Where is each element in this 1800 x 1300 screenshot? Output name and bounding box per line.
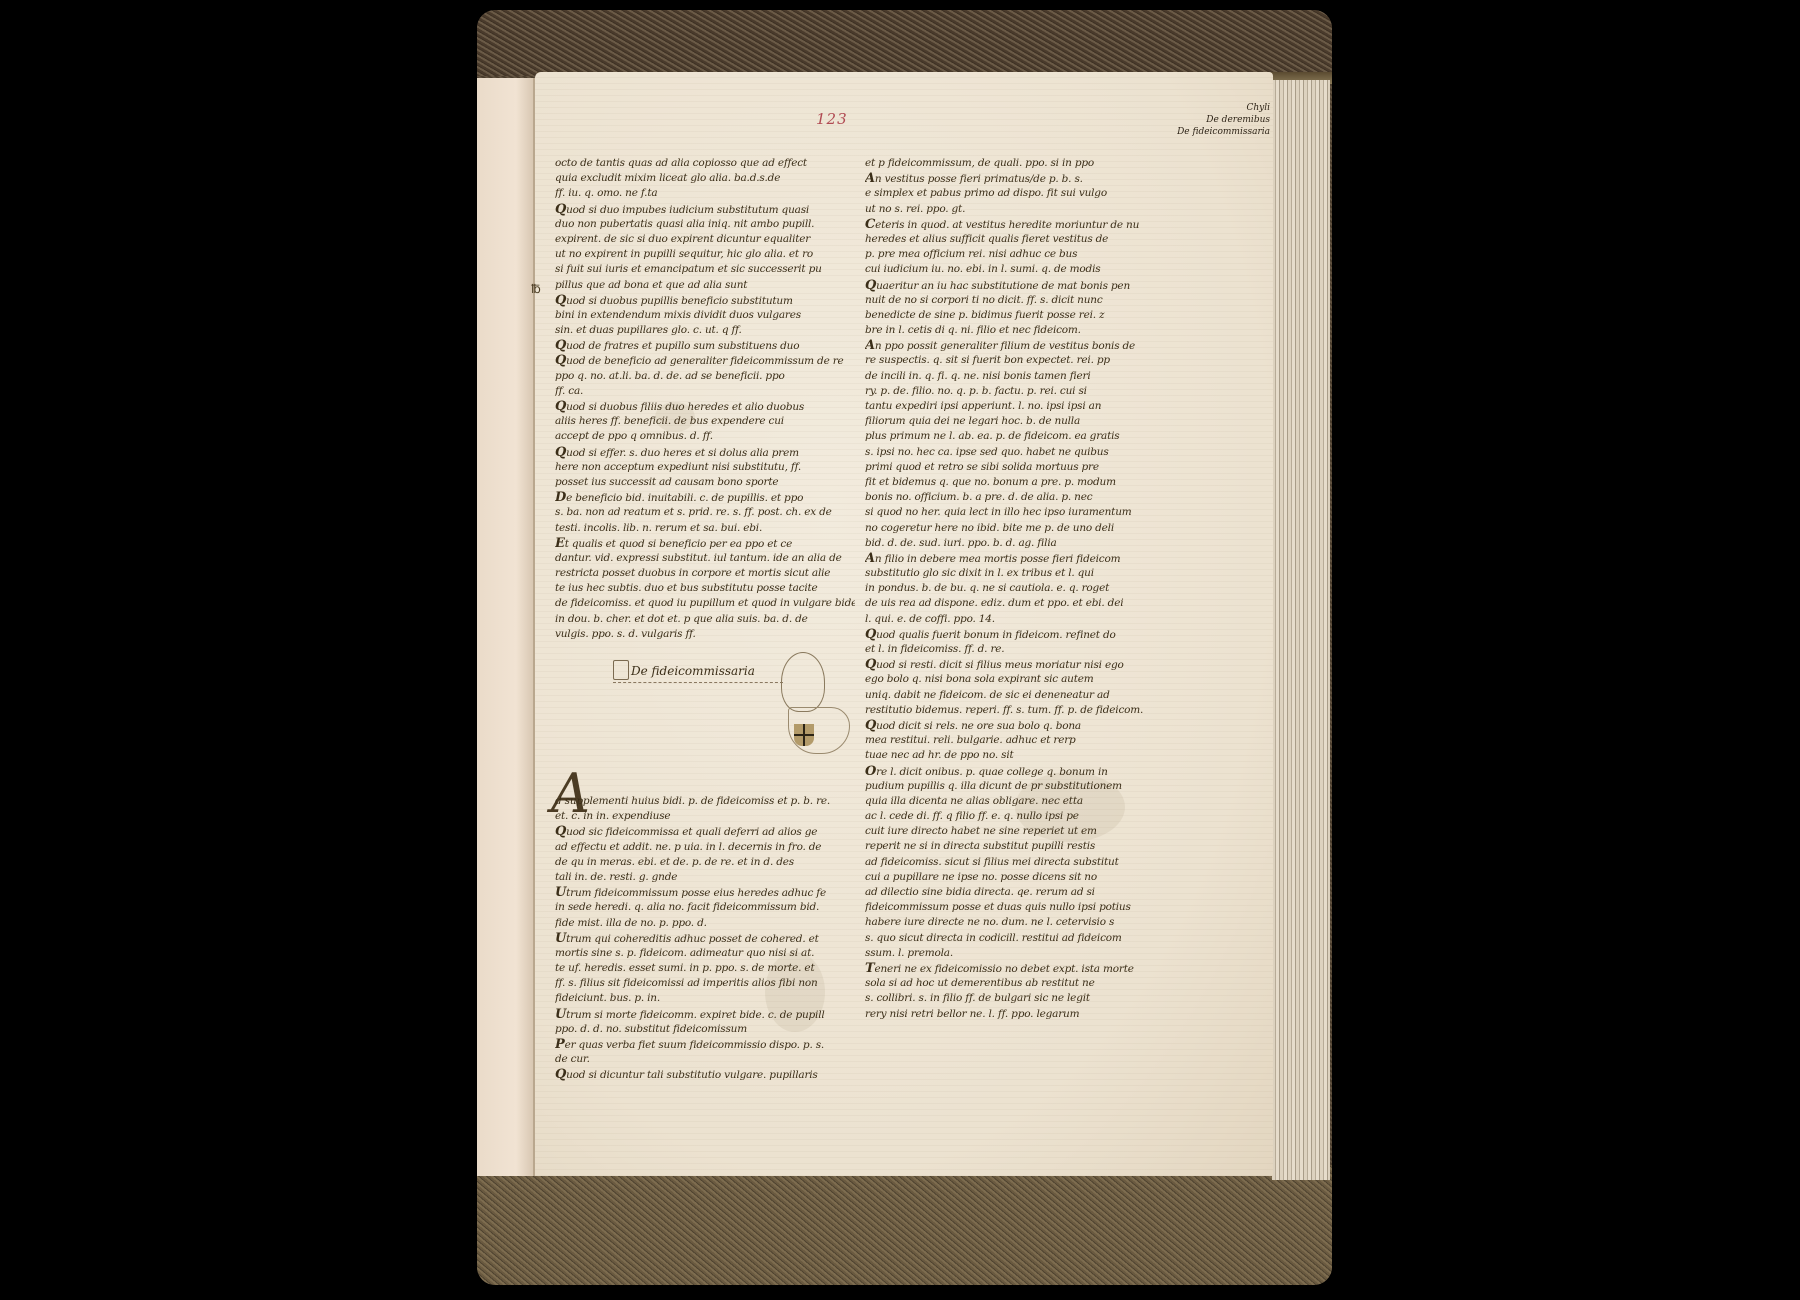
text-line: bini in extendendum mixis dividit duos v… bbox=[555, 308, 855, 323]
cloth-background-bottom bbox=[477, 1165, 1332, 1285]
text-line: filiorum quia dei ne legari hoc. b. de n… bbox=[865, 414, 1165, 429]
text-line: Quod si resti. dicit si filius meus mori… bbox=[865, 657, 1165, 672]
text-line: fideiciunt. bus. p. in. bbox=[555, 991, 855, 1006]
text-line: et. c. in in. expendiuse bbox=[555, 809, 855, 824]
text-line: accept de ppo q omnibus. d. ff. bbox=[555, 429, 855, 444]
text-line: Quod de fratres et pupillo sum substitue… bbox=[555, 338, 855, 353]
text-line: Quod si duo impubes iudicium substitutum… bbox=[555, 202, 855, 217]
text-line: ad fideicomiss. sicut si filius mei dire… bbox=[865, 855, 1165, 870]
text-line: Quod dicit si rels. ne ore sua bolo q. b… bbox=[865, 718, 1165, 733]
text-line: posset ius successit ad causam bono spor… bbox=[555, 475, 855, 490]
text-line: cui iudicium iu. no. ebi. in l. sumi. q.… bbox=[865, 262, 1165, 277]
text-line: in sede heredi. q. alia no. facit fideic… bbox=[555, 900, 855, 915]
text-line: et l. in fideicomiss. ff. d. re. bbox=[865, 642, 1165, 657]
coat-of-arms-shield bbox=[794, 724, 814, 746]
text-line: here non acceptum expediunt nisi substit… bbox=[555, 460, 855, 475]
manuscript-photo-frame: 123 Chyli De deremibus De fideicommissar… bbox=[477, 10, 1332, 1285]
running-title-line: De fideicommissaria bbox=[1175, 126, 1270, 138]
text-line: de fideicomiss. et quod iu pupillum et q… bbox=[555, 596, 855, 611]
text-line: in dou. b. cher. et dot et. p que alia s… bbox=[555, 612, 855, 627]
text-line: de qu in meras. ebi. et de. p. de re. et… bbox=[555, 855, 855, 870]
text-line: pudium pupillis q. illa dicunt de pr sub… bbox=[865, 779, 1165, 794]
section-heading-drawing: De fideicommissaria bbox=[613, 652, 863, 762]
text-line: octo de tantis quas ad alia copiosso que… bbox=[555, 156, 855, 171]
text-line: quia excludit mixim liceat glo alia. ba.… bbox=[555, 171, 855, 186]
text-line: Quod de beneficio ad generaliter fideico… bbox=[555, 353, 855, 368]
text-line: s. ba. non ad reatum et s. prid. re. s. … bbox=[555, 505, 855, 520]
text-line: mortis sine s. p. fideicom. adimeatur qu… bbox=[555, 946, 855, 961]
text-line: re suspectis. q. sit si fuerit bon expec… bbox=[865, 353, 1165, 368]
text-line: habere iure directe ne no. dum. ne l. ce… bbox=[865, 915, 1165, 930]
text-line: An filio in debere mea mortis posse fier… bbox=[865, 551, 1165, 566]
text-line: bre in l. cetis di q. ni. filio et nec f… bbox=[865, 323, 1165, 338]
left-text-column: octo de tantis quas ad alia copiosso que… bbox=[555, 156, 855, 642]
stacked-page-edges bbox=[1272, 80, 1330, 1180]
text-line: pillus que ad bona et que ad alia sunt bbox=[555, 278, 855, 293]
text-line: l. qui. e. de coffi. ppo. 14. bbox=[865, 612, 1165, 627]
text-line: mea restitui. reli. bulgarie. adhuc et r… bbox=[865, 733, 1165, 748]
text-line: no cogeretur here no ibid. bite me p. de… bbox=[865, 521, 1165, 536]
text-line: ff. s. filius sit fideicomissi ad imperi… bbox=[555, 976, 855, 991]
text-line: An vestitus posse fieri primatus/de p. b… bbox=[865, 171, 1165, 186]
text-line: testi. incolis. lib. n. rerum et sa. bui… bbox=[555, 521, 855, 536]
text-line: De beneficio bid. inuitabili. c. de pupi… bbox=[555, 490, 855, 505]
text-line: plus primum ne l. ab. ea. p. de fideicom… bbox=[865, 429, 1165, 444]
text-line: restricta posset duobus in corpore et mo… bbox=[555, 566, 855, 581]
text-line: ac l. cede di. ff. q filio ff. e. q. nul… bbox=[865, 809, 1165, 824]
running-title-line: Chyli bbox=[1175, 102, 1270, 114]
text-line: de cur. bbox=[555, 1052, 855, 1067]
text-line: ssum. l. premola. bbox=[865, 946, 1165, 961]
text-line: Quaeritur an iu hac substitutione de mat… bbox=[865, 278, 1165, 293]
cloth-background-top bbox=[477, 10, 1332, 76]
text-line: ff. ca. bbox=[555, 384, 855, 399]
text-line: ff. iu. q. omo. ne f.ta bbox=[555, 186, 855, 201]
text-line: substitutio glo sic dixit in l. ex tribu… bbox=[865, 566, 1165, 581]
text-line: benedicte de sine p. bidimus fuerit poss… bbox=[865, 308, 1165, 323]
text-line: vulgis. ppo. s. d. vulgaris ff. bbox=[555, 627, 855, 642]
right-text-column: et p fideicommissum, de quali. ppo. si i… bbox=[865, 156, 1165, 1022]
text-line: ry. p. de. filio. no. q. p. b. factu. p.… bbox=[865, 384, 1165, 399]
folio-number: 123 bbox=[816, 110, 848, 128]
text-line: si quod no her. quia lect in illo hec ip… bbox=[865, 505, 1165, 520]
text-line: te ius hec subtis. duo et bus substitutu… bbox=[555, 581, 855, 596]
text-line: duo non pubertatis quasi alia iniq. nit … bbox=[555, 217, 855, 232]
text-line: fideicommissum posse et duas quis nullo … bbox=[865, 900, 1165, 915]
text-line: nuit de no si corpori ti no dicit. ff. s… bbox=[865, 293, 1165, 308]
text-line: An ppo possit generaliter filium de vest… bbox=[865, 338, 1165, 353]
running-title: Chyli De deremibus De fideicommissaria bbox=[1175, 102, 1270, 138]
text-line: Quod si effer. s. duo heres et si dolus … bbox=[555, 445, 855, 460]
text-line: expirent. de sic si duo expirent dicuntu… bbox=[555, 232, 855, 247]
text-line: Quod si duobus filiis duo heredes et ali… bbox=[555, 399, 855, 414]
text-line: bonis no. officium. b. a pre. d. de alia… bbox=[865, 490, 1165, 505]
capital-c-box bbox=[613, 660, 629, 680]
text-line: ego bolo q. nisi bona sola expirant sic … bbox=[865, 672, 1165, 687]
text-line: Utrum qui cohereditis adhuc posset de co… bbox=[555, 931, 855, 946]
text-line: te uf. heredis. esset sumi. in p. ppo. s… bbox=[555, 961, 855, 976]
text-line: fit et bidemus q. que no. bonum a pre. p… bbox=[865, 475, 1165, 490]
text-line: p. pre mea officium rei. nisi adhuc ce b… bbox=[865, 247, 1165, 262]
text-line: Et qualis et quod si beneficio per ea pp… bbox=[555, 536, 855, 551]
text-line: de incili in. q. fi. q. ne. nisi bonis t… bbox=[865, 369, 1165, 384]
text-line: s. collibri. s. in filio ff. de bulgari … bbox=[865, 991, 1165, 1006]
heading-scroll bbox=[613, 682, 783, 684]
text-line: s. quo sicut directa in codicill. restit… bbox=[865, 931, 1165, 946]
text-line: Teneri ne ex fideicomissio no debet expt… bbox=[865, 961, 1165, 976]
text-line: ut no s. rei. ppo. gt. bbox=[865, 202, 1165, 217]
left-page-strip bbox=[477, 78, 535, 1176]
text-line: heredes et alius sufficit qualis fieret … bbox=[865, 232, 1165, 247]
drawn-head-figure bbox=[781, 652, 825, 712]
text-line: in pondus. b. de bu. q. ne si cautiola. … bbox=[865, 581, 1165, 596]
text-line: quia illa dicenta ne alias obligare. nec… bbox=[865, 794, 1165, 809]
text-line: si fuit sui iuris et emancipatum et sic … bbox=[555, 262, 855, 277]
margin-mark: ℔ bbox=[531, 282, 541, 296]
text-line: et p fideicommissum, de quali. ppo. si i… bbox=[865, 156, 1165, 171]
section-heading: De fideicommissaria bbox=[631, 664, 755, 678]
text-line: Utrum fideicommissum posse eius heredes … bbox=[555, 885, 855, 900]
text-line: bid. d. de. sud. iuri. ppo. b. d. ag. fi… bbox=[865, 536, 1165, 551]
text-line: Quod qualis fuerit bonum in fideicom. re… bbox=[865, 627, 1165, 642]
text-line: Ore l. dicit onibus. p. quae college q. … bbox=[865, 764, 1165, 779]
text-line: s. ipsi no. hec ca. ipse sed quo. habet … bbox=[865, 445, 1165, 460]
text-line: rery nisi retri bellor ne. l. ff. ppo. l… bbox=[865, 1007, 1165, 1022]
text-line: uniq. dabit ne fideicom. de sic ei denen… bbox=[865, 688, 1165, 703]
text-line: reperit ne si in directa substitut pupil… bbox=[865, 839, 1165, 854]
left-text-column-lower: d supplementi huius bidi. p. de fideicom… bbox=[555, 794, 855, 1083]
text-line: ad dilectio sine bidia directa. qe. reru… bbox=[865, 885, 1165, 900]
text-line: Utrum si morte fideicomm. expiret bide. … bbox=[555, 1007, 855, 1022]
text-line: Quod si dicuntur tali substitutio vulgar… bbox=[555, 1067, 855, 1082]
text-line: cuit iure directo habet ne sine reperiet… bbox=[865, 824, 1165, 839]
text-line: Ceteris in quod. at vestitus heredite mo… bbox=[865, 217, 1165, 232]
text-line: d supplementi huius bidi. p. de fideicom… bbox=[555, 794, 855, 809]
text-line: tantu expediri ipsi apperiunt. l. no. ip… bbox=[865, 399, 1165, 414]
text-line: ad effectu et addit. ne. p uia. in l. de… bbox=[555, 840, 855, 855]
text-line: Quod sic fideicommissa et quali deferri … bbox=[555, 824, 855, 839]
text-line: de uis rea ad dispone. ediz. dum et ppo.… bbox=[865, 596, 1165, 611]
text-line: cui a pupillare ne ipse no. posse dicens… bbox=[865, 870, 1165, 885]
text-line: ppo q. no. at.li. ba. d. de. ad se benef… bbox=[555, 369, 855, 384]
text-line: tuae nec ad hr. de ppo no. sit bbox=[865, 748, 1165, 763]
text-line: restitutio bidemus. reperi. ff. s. tum. … bbox=[865, 703, 1165, 718]
text-line: Quod si duobus pupillis beneficio substi… bbox=[555, 293, 855, 308]
text-line: e simplex et pabus primo ad dispo. fit s… bbox=[865, 186, 1165, 201]
text-line: dantur. vid. expressi substitut. iul tan… bbox=[555, 551, 855, 566]
manuscript-page: 123 Chyli De deremibus De fideicommissar… bbox=[535, 72, 1273, 1176]
text-line: aliis heres ff. beneficii. de bus expend… bbox=[555, 414, 855, 429]
text-line: ppo. d. d. no. substitut fideicomissum bbox=[555, 1022, 855, 1037]
running-title-line: De deremibus bbox=[1175, 114, 1270, 126]
text-line: sola si ad hoc ut demerentibus ab restit… bbox=[865, 976, 1165, 991]
text-line: ut no expirent in pupilli sequitur, hic … bbox=[555, 247, 855, 262]
text-line: tali in. de. resti. g. gnde bbox=[555, 870, 855, 885]
text-line: fide mist. illa de no. p. ppo. d. bbox=[555, 916, 855, 931]
text-line: Per quas verba fiet suum fideicommissio … bbox=[555, 1037, 855, 1052]
text-line: sin. et duas pupillares glo. c. ut. q ff… bbox=[555, 323, 855, 338]
text-line: primi quod et retro se sibi solida mortu… bbox=[865, 460, 1165, 475]
